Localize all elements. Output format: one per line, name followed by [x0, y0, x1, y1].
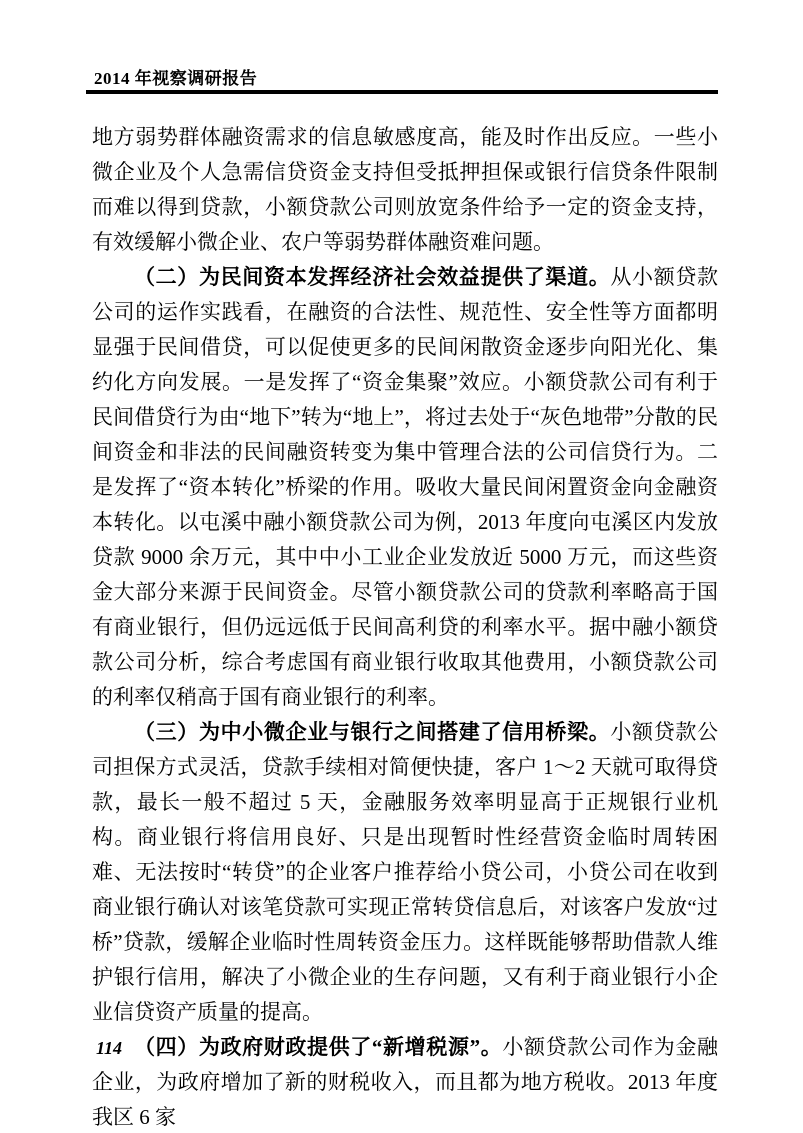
- paragraph: 地方弱势群体融资需求的信息敏感度高，能及时作出反应。一些小微企业及个人急需信贷资…: [92, 120, 718, 260]
- paragraph-text: 地方弱势群体融资需求的信息敏感度高，能及时作出反应。一些小微企业及个人急需信贷资…: [92, 125, 718, 254]
- paragraph: （二）为民间资本发挥经济社会效益提供了渠道。从小额贷款公司的运作实践看，在融资的…: [92, 260, 718, 715]
- paragraph: （四）为政府财政提供了“新增税源”。小额贷款公司作为金融企业，为政府增加了新的财…: [92, 1030, 718, 1133]
- paragraph-heading: （二）为民间资本发挥经济社会效益提供了渠道。: [134, 265, 610, 289]
- paragraph-text: 从小额贷款公司的运作实践看，在融资的合法性、规范性、安全性等方面都明显强于民间借…: [92, 265, 718, 709]
- header-rule: [86, 90, 718, 94]
- header-title: 2014 年视察调研报告: [94, 64, 257, 89]
- document-body: 地方弱势群体融资需求的信息敏感度高，能及时作出反应。一些小微企业及个人急需信贷资…: [92, 120, 718, 1133]
- paragraph-heading: （三）为中小微企业与银行之间搭建了信用桥梁。: [134, 720, 610, 744]
- paragraph: （三）为中小微企业与银行之间搭建了信用桥梁。小额贷款公司担保方式灵活，贷款手续相…: [92, 715, 718, 1030]
- paragraph-heading: （四）为政府财政提供了“新增税源”。: [134, 1035, 502, 1059]
- paragraph-text: 小额贷款公司担保方式灵活，贷款手续相对简便快捷，客户 1～2 天就可取得贷款，最…: [92, 720, 718, 1024]
- document-page: 2014 年视察调研报告 地方弱势群体融资需求的信息敏感度高，能及时作出反应。一…: [0, 0, 803, 1133]
- page-number: 114: [96, 1038, 122, 1059]
